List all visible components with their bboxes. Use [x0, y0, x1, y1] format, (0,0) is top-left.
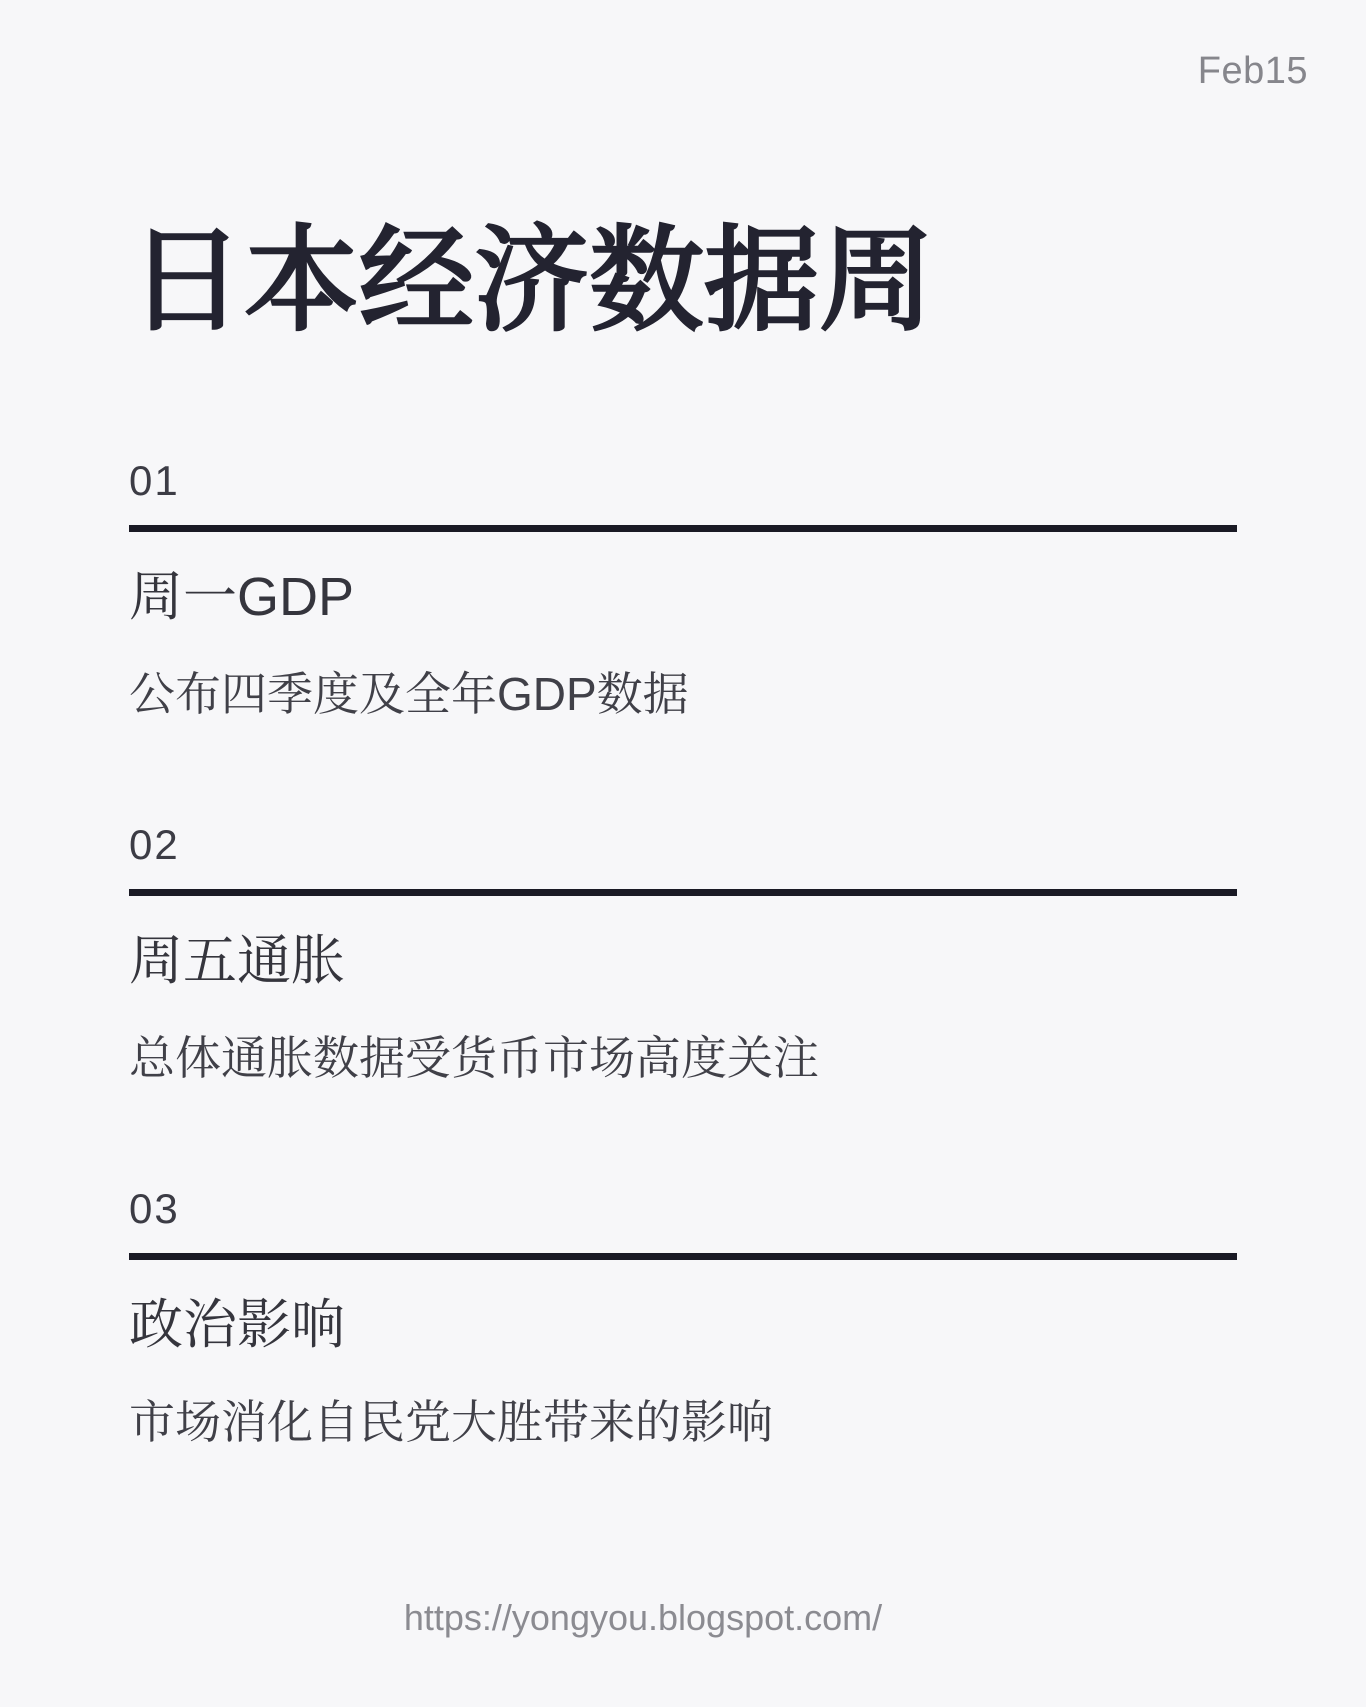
date-label: Feb15 — [1198, 52, 1308, 90]
section-description: 公布四季度及全年GDP数据 — [129, 668, 1237, 721]
section-heading: 周五通胀 — [129, 930, 1237, 992]
section-divider — [129, 1253, 1237, 1260]
section-heading: 周一GDP — [129, 566, 1237, 628]
section-description: 市场消化自民党大胜带来的影响 — [129, 1396, 1237, 1449]
section-heading: 政治影响 — [129, 1294, 1237, 1356]
page-title: 日本经济数据周 — [129, 0, 1237, 342]
section-2: 02 周五通胀 总体通胀数据受货币市场高度关注 — [129, 824, 1237, 1085]
section-divider — [129, 889, 1237, 896]
section-3: 03 政治影响 市场消化自民党大胜带来的影响 — [129, 1188, 1237, 1449]
section-number: 01 — [129, 460, 1237, 502]
section-description: 总体通胀数据受货币市场高度关注 — [129, 1032, 1237, 1085]
section-divider — [129, 525, 1237, 532]
section-number: 02 — [129, 824, 1237, 866]
section-number: 03 — [129, 1188, 1237, 1230]
footer-url: https://yongyou.blogspot.com/ — [0, 1600, 1366, 1636]
section-1: 01 周一GDP 公布四季度及全年GDP数据 — [129, 460, 1237, 721]
page: Feb15 日本经济数据周 01 周一GDP 公布四季度及全年GDP数据 02 … — [0, 0, 1366, 1707]
